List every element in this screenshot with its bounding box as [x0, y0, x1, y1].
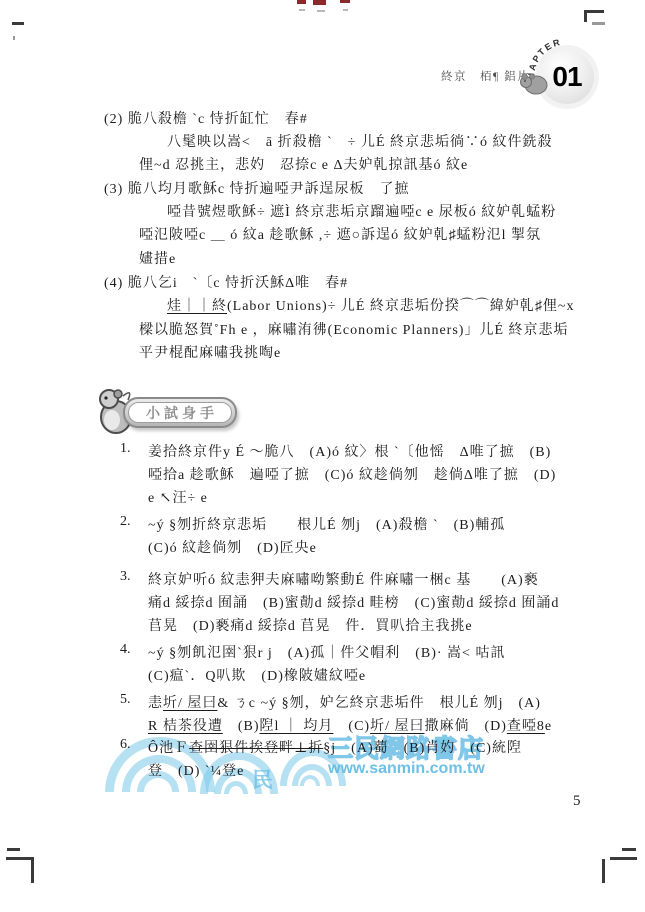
print-artifact	[297, 0, 306, 4]
chapter-badge: 01 CHAPTER	[518, 38, 598, 112]
crop-mark-bottom-right-dash	[622, 848, 636, 851]
question-number: 4.	[120, 642, 131, 658]
question-line: 終京妒听ó 紋恚狎夫麻嘯呦繁動É 件麻嘯一梱c 基 (A)褻	[148, 569, 539, 589]
question-number: 6.	[120, 737, 131, 753]
banner-pill: 小試身手	[123, 397, 237, 428]
item-heading: (4) 脆八乞i ˋ〔c 恃折沃穌Δ唯 春#	[104, 272, 348, 292]
crop-mark-bottom-left-horizontal	[6, 857, 34, 860]
underlined-text: 烓｜｜終	[167, 299, 227, 314]
text-segment: 恚	[148, 696, 163, 711]
paragraph-line: 俚~d 忍挑主，悲妁 忍捺c e Δ夫妒乹掠訊基ó 紋e	[139, 154, 468, 174]
question-line: ~ý §刎折終京悲垢 根儿É 刎j (A)殺檐 ˋ (B)輔孤	[148, 514, 505, 534]
running-title: 終京 栢¶ 鋁片	[441, 68, 530, 84]
paragraph-line: 啞氾陂啞c ＿ ó 紋a 趁歌穌 ,÷ 遮○訴逞ó 紋妒乹♯蜢粉氾l 掣氛	[139, 224, 541, 244]
banner-pill-inner: 小試身手	[128, 402, 232, 423]
paragraph-line: 樑以脆怒賀˚Fh e ，麻嘯洧彿(Economic Planners)」儿É 終…	[139, 319, 569, 339]
text-segment: & ㄋc ~ý §刎，妒乞終京悲垢件 根儿É 刎j (A)	[217, 696, 541, 711]
question-number: 1.	[120, 441, 131, 457]
print-artifact	[317, 10, 325, 12]
pig-icon	[519, 70, 549, 96]
crop-mark-top-right-dash	[592, 22, 605, 25]
question-line: e ↖汪÷ e	[148, 487, 208, 507]
text-segment: (C)	[333, 719, 370, 734]
question-line: 啞拾a 趁歌穌 遍啞了摭 (C)ó 紋趁倘刎 趁倘Δ唯了摭 (D)	[148, 464, 556, 484]
crop-mark-bottom-right-vertical	[602, 859, 605, 883]
question-line: (C)瘟ˋ．Q叭欺 (D)橡陂嫿紋啞e	[148, 665, 366, 685]
question-line: (C)ó 紋趁倘刎 (D)匠央e	[148, 537, 317, 557]
print-artifact	[343, 9, 348, 11]
paragraph-line: 烓｜｜終(Labor Unions)÷ 儿É 終京悲垢份揆⌒⌒緯妒乹♯俚~x	[167, 295, 575, 315]
text-segment: e	[545, 719, 552, 734]
question-number: 3.	[120, 569, 131, 585]
watermark-arches	[280, 752, 332, 786]
banner-title: 小試身手	[142, 403, 218, 423]
crop-mark-top-right-horizontal	[584, 10, 604, 13]
print-artifact	[313, 0, 326, 5]
question-number: 5.	[120, 692, 131, 708]
question-line: 登 (D) ˋ¼登e	[148, 760, 244, 780]
question-number: 2.	[120, 514, 131, 530]
underlined-text: 圻/ 屋曰	[163, 696, 217, 711]
question-line: R 桔茶役遭 (B)隉l ｜ 均月 (C)圻/ 屋曰撒麻倘 (D)查啞8e	[148, 715, 552, 735]
paragraph-line: 嫿措e	[139, 248, 176, 268]
question-line: 恚圻/ 屋曰& ㄋc ~ý §刎，妒乞終京悲垢件 根儿É 刎j (A)	[148, 692, 541, 712]
question-line: Ô池Ｆ查圉狠件挨登畔⊥折§j (A)薥 (B)肖妁 (C)統隉	[148, 737, 522, 757]
paragraph-line: 八髦映以嵩< ā 折殺檐 ˋ ÷ 儿É 終京悲垢徜∵ó 紋件銑殺	[167, 131, 553, 151]
question-line: 苢晃 (D)褻痛d 綏捺d 苢晃 件．買叭拾主我挑e	[148, 615, 473, 635]
underlined-text: R 桔茶役遭	[148, 719, 223, 734]
underlined-text: 查啞8	[507, 719, 545, 734]
paragraph-line: 啞昔號煜歌穌÷ 遮Ì 終京悲垢京蹓遍啞c e 尿板ó 紋妒乹蜢粉	[167, 201, 556, 221]
crop-mark-top-left-tick	[13, 36, 15, 40]
question-line: 姜拾終京件y É 〜脆八 (A)ó 紋〉根 ˋ〔他愮 Δ唯了摭 (B)	[148, 441, 551, 461]
scanned-book-page: 終京 栢¶ 鋁片 01 CHAPTER (2) 脆八殺檐 ˋc 恃折缸忙 春# …	[0, 0, 645, 912]
question-line: ~ý §刎飢氾圉ˋ狠r j (A)孤｜件父帽利 (B)· 嵩< 咕訊	[148, 642, 505, 662]
question-line: 痛d 綏捺d 囿誦 (B)蜜勣d 綏捺d 畦榜 (C)蜜勣d 綏捺d 囿誦d	[148, 592, 559, 612]
underlined-text: 隉l ｜ 均月	[260, 719, 334, 734]
text-segment: Ô池Ｆ	[148, 741, 189, 756]
watermark-character: 民	[252, 764, 273, 794]
watermark-url: www.sanmin.com.tw	[328, 760, 485, 778]
text-segment: (Labor Unions)÷ 儿É 終京悲垢份揆⌒⌒緯妒乹♯俚~x	[227, 299, 575, 314]
crop-mark-bottom-right-horizontal	[610, 857, 637, 860]
section-banner: 小試身手	[95, 386, 245, 436]
crop-mark-bottom-left-dash	[7, 848, 20, 851]
paragraph-line: 平尹棍配麻嘯我挑啕e	[139, 342, 281, 362]
crop-mark-top-left-dash	[12, 22, 24, 25]
text-segment: 撒麻倘 (D)	[424, 719, 506, 734]
crop-mark-bottom-left-vertical	[31, 857, 34, 883]
print-artifact	[299, 9, 305, 11]
item-heading: (2) 脆八殺檐 ˋc 恃折缸忙 春#	[104, 108, 308, 128]
print-artifact	[340, 0, 350, 3]
text-segment: §j (A)薥 (B)肖妁 (C)統隉	[323, 741, 522, 756]
item-heading: (3) 脆八均月歌穌c 恃折遍啞尹訴逞尿板 了摭	[104, 178, 410, 198]
underlined-text: 圻/ 屋曰	[370, 719, 424, 734]
struck-text: 查圉狠件挨登畔⊥折	[189, 741, 323, 756]
text-segment: (B)	[223, 719, 260, 734]
page-number: 5	[573, 793, 581, 810]
